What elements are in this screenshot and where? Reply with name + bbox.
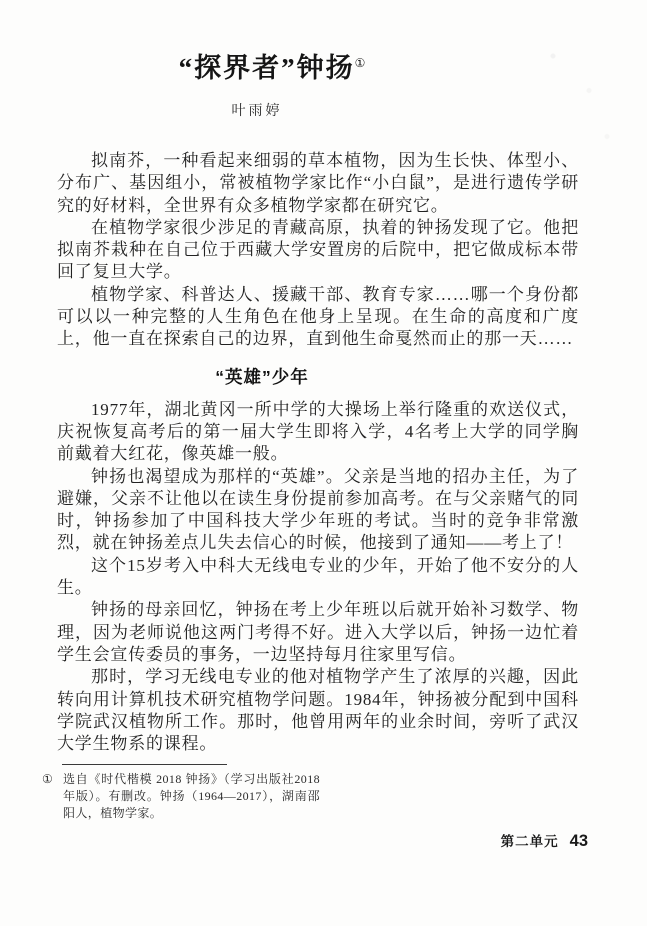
body-paragraph: 钟扬的母亲回忆，钟扬在考上少年班以后就开始补习数学、物理，因为老师说他这两门考得… <box>57 599 579 666</box>
page-number: 43 <box>570 832 588 851</box>
unit-label: 第二单元 <box>501 830 559 850</box>
body-paragraph: 这个15岁考入中科大无线电专业的少年，开始了他不安分的人生。 <box>57 555 579 600</box>
article-title: “探界者”钟扬① <box>57 46 487 85</box>
footnote-divider <box>62 764 227 765</box>
footnote: ①选自《时代楷模 2018 钟扬》（学习出版社2018年版）。有删改。钟扬（19… <box>42 771 320 822</box>
body-paragraph: 拟南芥，一种看起来细弱的草本植物，因为生长快、体型小、分布广、基因组小，常被植物… <box>57 150 579 217</box>
body-paragraph: 植物学家、科普达人、援藏干部、教育专家……哪一个身份都可以以一种完整的人生角色在… <box>57 284 579 351</box>
page-footer: 第二单元 43 <box>501 830 588 851</box>
body-paragraph: 在植物学家很少涉足的青藏高原，执着的钟扬发现了它。他把拟南芥栽种在自己位于西藏大… <box>57 217 579 284</box>
footnote-text: 选自《时代楷模 2018 钟扬》（学习出版社2018年版）。有删改。钟扬（196… <box>63 772 320 820</box>
body-paragraph: 那时，学习无线电专业的他对植物学产生了浓厚的兴趣，因此转向用计算机技术研究植物学… <box>57 666 579 755</box>
article-author: 叶雨婷 <box>57 100 457 120</box>
textbook-page: “探界者”钟扬① 叶雨婷 拟南芥，一种看起来细弱的草本植物，因为生长快、体型小、… <box>0 0 647 926</box>
section-heading: “英雄”少年 <box>57 364 467 389</box>
article-title-text: “探界者”钟扬 <box>179 53 355 83</box>
body-paragraph: 1977年，湖北黄冈一所中学的大操场上举行隆重的欢送仪式，庆祝恢复高考后的第一届… <box>57 399 579 466</box>
article-body: 拟南芥，一种看起来细弱的草本植物，因为生长快、体型小、分布广、基因组小，常被植物… <box>57 150 579 822</box>
footnote-reference-mark: ① <box>355 56 366 70</box>
footnote-marker: ① <box>42 771 53 788</box>
body-paragraph: 钟扬也渴望成为那样的“英雄”。父亲是当地的招办主任，为了避嫌，父亲不让他以在读生… <box>57 466 579 555</box>
